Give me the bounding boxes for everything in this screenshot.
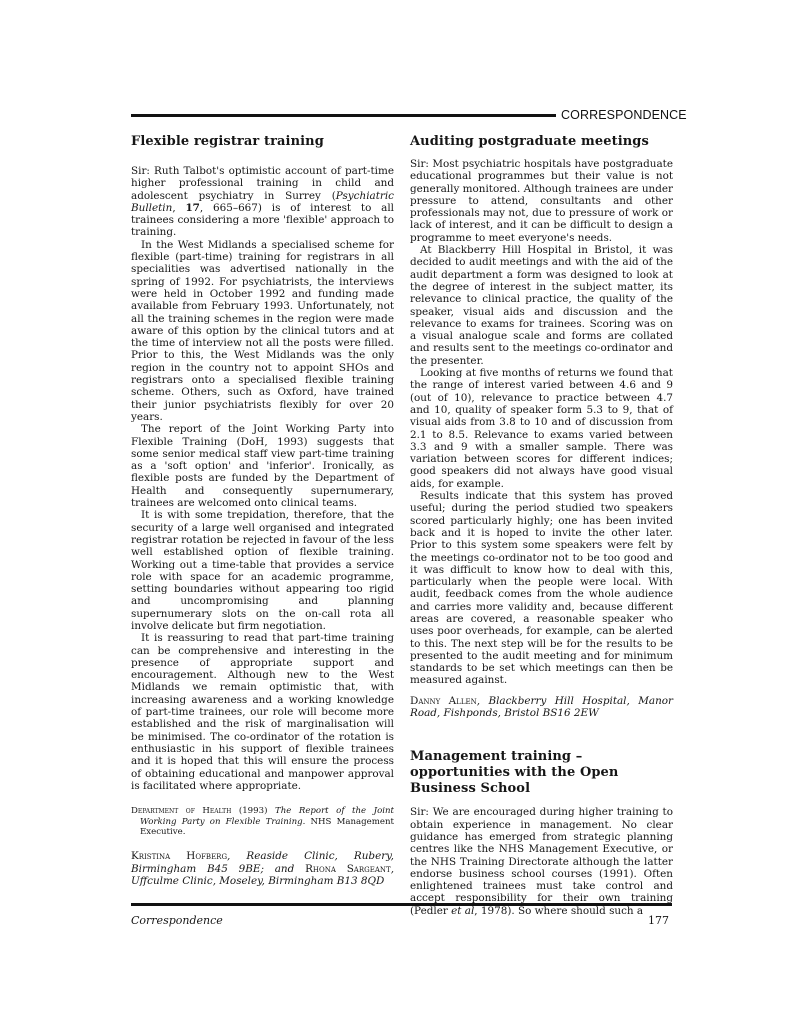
paragraph: Results indicate that this system has pr…	[410, 490, 673, 687]
article-title-flexible-training: Flexible registrar training	[131, 134, 394, 150]
article-title-management: Management training – opportunities with…	[410, 749, 673, 797]
reference: Department of Health (1993) The Report o…	[131, 806, 394, 837]
journal-page: CORRESPONDENCE Flexible registrar traini…	[0, 0, 800, 1036]
footer-section: Correspondence	[131, 914, 223, 927]
paragraph: It is with some trepidation, therefore, …	[131, 509, 394, 632]
right-column: Auditing postgraduate meetings Sir: Most…	[410, 134, 673, 917]
paragraph: In the West Midlands a specialised schem…	[131, 239, 394, 423]
paragraph: It is reassuring to read that part-time …	[131, 632, 394, 792]
paragraph: Sir: We are encouraged during higher tra…	[410, 806, 673, 917]
paragraph: Looking at five months of returns we fou…	[410, 367, 673, 490]
article-title-auditing: Auditing postgraduate meetings	[410, 134, 673, 150]
header-rule	[131, 114, 556, 117]
paragraph: Sir: Ruth Talbot's optimistic account of…	[131, 165, 394, 239]
author-signature: Kristina Hofberg, Reaside Clinic, Rubery…	[131, 850, 394, 887]
paragraph: At Blackberry Hill Hospital in Bristol, …	[410, 244, 673, 367]
volume-number: 17	[185, 202, 199, 214]
running-head: CORRESPONDENCE	[561, 108, 687, 122]
paragraph: Sir: Most psychiatric hospitals have pos…	[410, 158, 673, 244]
footer-rule	[131, 903, 672, 906]
paragraph: The report of the Joint Working Party in…	[131, 423, 394, 509]
left-column: Flexible registrar training Sir: Ruth Ta…	[131, 134, 394, 887]
page-number: 177	[648, 914, 669, 927]
author-signature: Danny Allen, Blackberry Hill Hospital, M…	[410, 695, 673, 720]
